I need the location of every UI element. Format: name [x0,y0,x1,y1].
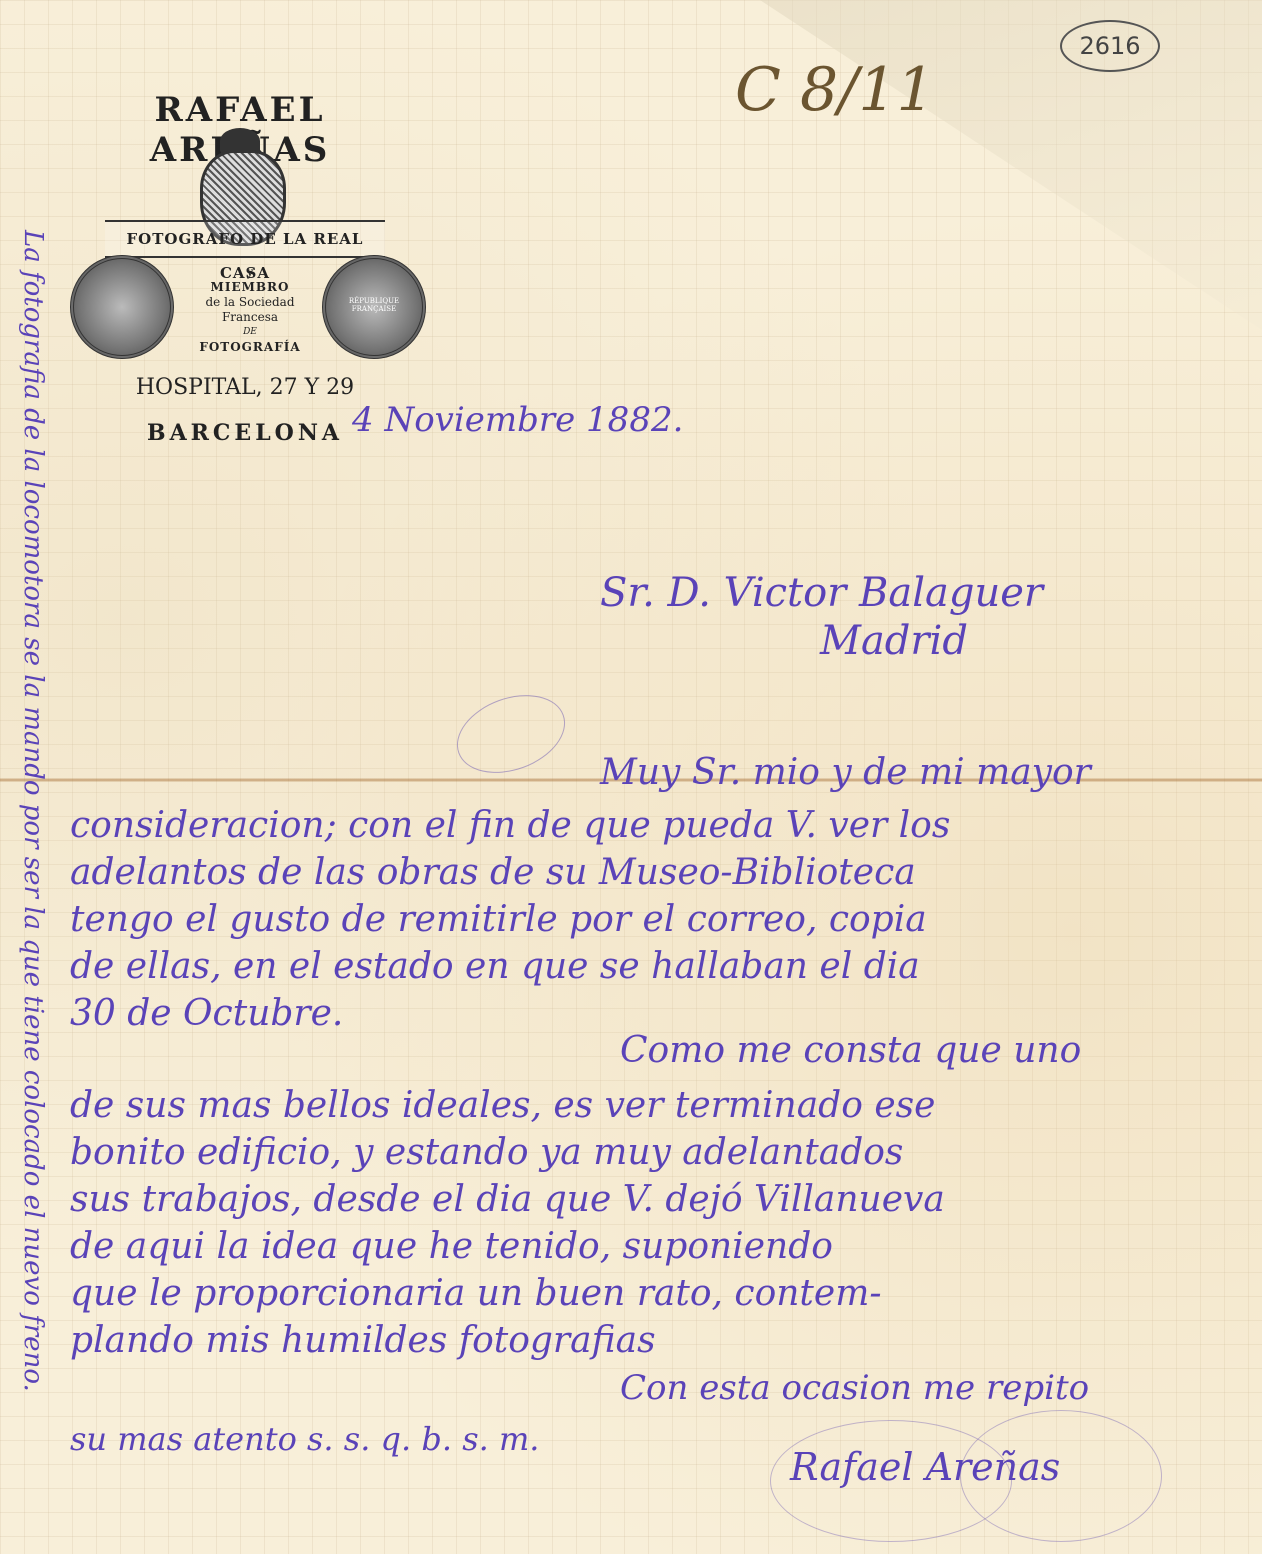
recipient-name: Sr. D. Victor Balaguer [600,570,1043,616]
body-line: adelantos de las obras de su Museo-Bibli… [70,852,916,893]
body-line: plando mis humildes fotografias [70,1320,656,1361]
letter-date: 4 Noviembre 1882. [352,400,683,440]
body-line: tengo el gusto de remitirle por el corre… [70,899,927,940]
body-line: de ellas, en el estado en que se hallaba… [70,946,920,987]
body-line: consideracion; con el fin de que pueda V… [70,805,950,846]
medal-allegory-icon [70,255,174,359]
signature: Rafael Areñas [790,1445,1060,1489]
body-line: que le proporcionaria un buen rato, cont… [70,1273,882,1314]
closing-line: Con esta ocasion me repito [620,1368,1089,1408]
letterhead-membership: y MIEMBRO de la Sociedad Francesa DE FOT… [170,265,330,355]
membership-line-1: MIEMBRO [170,280,330,295]
medal-republique-icon: RÉPUBLIQUE FRANÇAISE [322,255,426,359]
body-line: bonito edificio, y estando ya muy adelan… [70,1132,903,1173]
membership-line-2: de la Sociedad [170,295,330,310]
membership-line-3: Francesa [170,310,330,325]
body-line: sus trabajos, desde el dia que V. dejó V… [70,1179,945,1220]
archive-number: 2616 [1060,20,1160,72]
membership-line-4: DE [170,325,330,340]
recipient-city: Madrid [820,618,968,664]
medal-inscription: RÉPUBLIQUE FRANÇAISE [326,297,422,313]
membership-line-5: FOTOGRAFÍA [170,340,330,355]
letterhead-banner: FOTOGRAFO DE LA REAL CASA [105,220,385,258]
body-line: de sus mas bellos ideales, es ver termin… [70,1085,935,1126]
margin-note-vertical: La fotografia de la locomotora se la man… [18,230,48,1392]
letterhead: RAFAEL AREÑAS FOTOGRAFO DE LA REAL CASA … [60,40,440,460]
salutation: Muy Sr. mio y de mi mayor [600,752,1091,793]
scan-margin [1262,0,1272,1554]
letterhead-address: HOSPITAL, 27 Y 29 [90,375,400,400]
closing-formula: su mas atento s. s. q. b. s. m. [70,1420,539,1458]
body-line: 30 de Octubre. [70,993,343,1034]
body-line: Como me consta que uno [620,1030,1081,1071]
letterhead-city: BARCELONA [100,420,390,446]
membership-conjunction: y [170,265,330,280]
reference-mark: C 8/11 [735,55,935,125]
body-line: de aqui la idea que he tenido, suponiend… [70,1226,833,1267]
